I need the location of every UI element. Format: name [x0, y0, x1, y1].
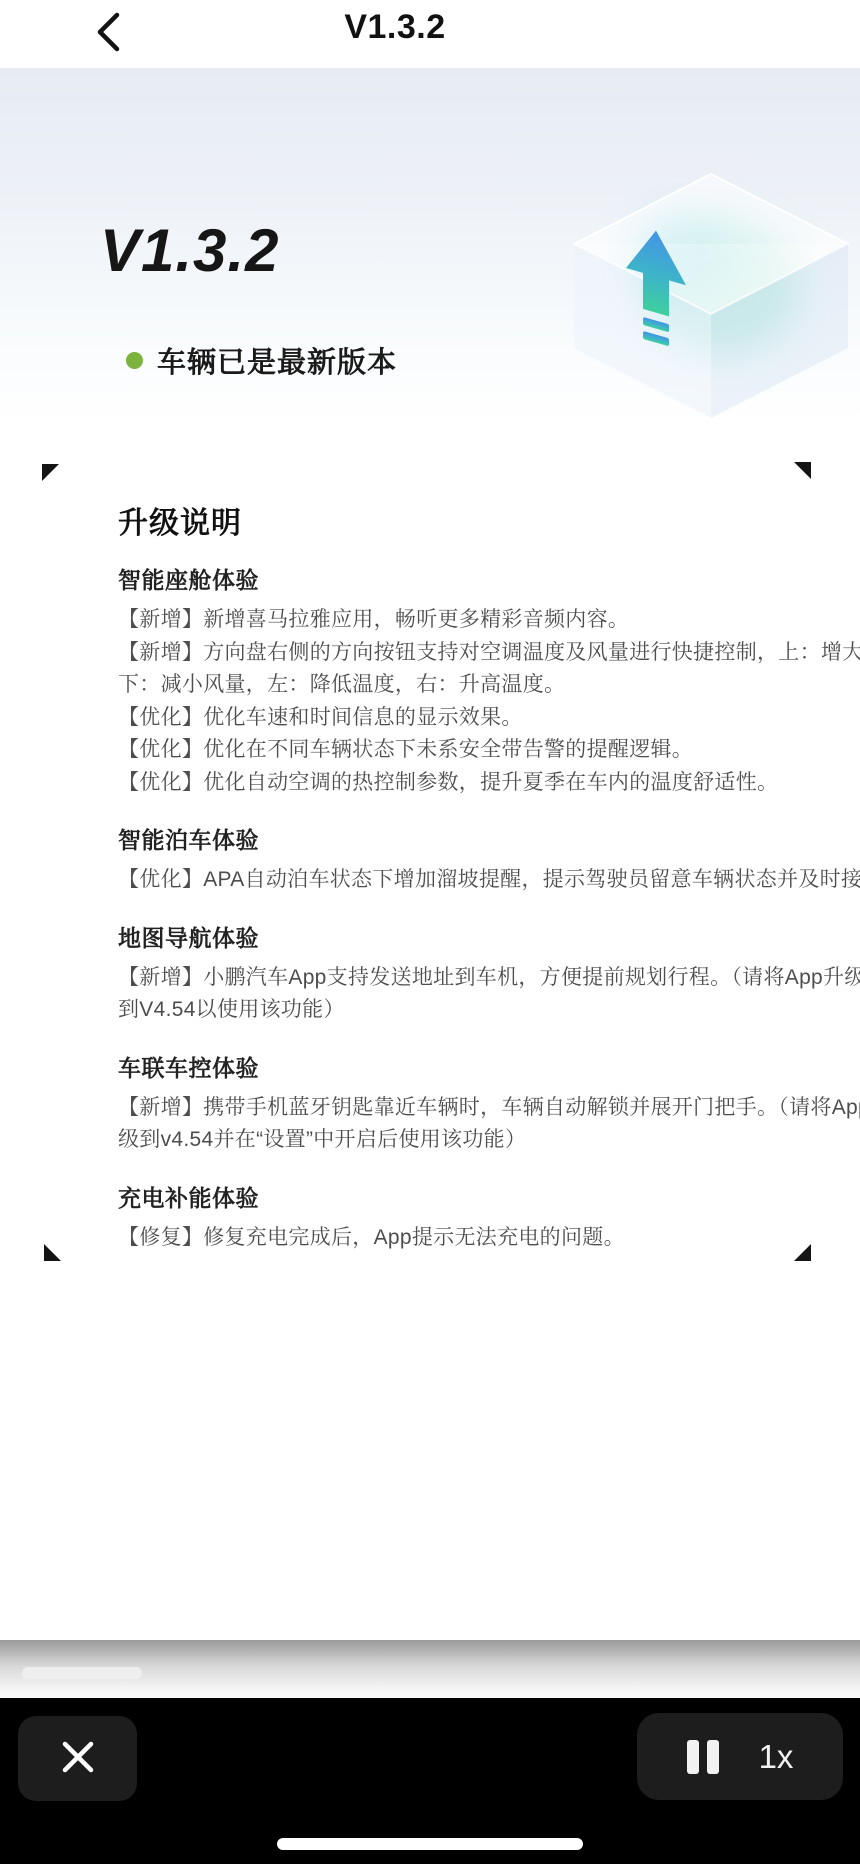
- note-line: 【优化】优化车速和时间信息的显示效果。: [118, 702, 818, 735]
- note-section: 智能泊车体验 【优化】APA自动泊车状态下增加溜坡提醒，提示驾驶员留意车辆状态并…: [118, 823, 818, 897]
- note-line: 【新增】方向盘右侧的方向按钮支持对空调温度及风量进行快捷控制，上：增大风量，: [118, 637, 818, 670]
- release-notes-sections: 智能座舱体验 【新增】新增喜马拉雅应用，畅听更多精彩音频内容。【新增】方向盘右侧…: [118, 563, 818, 1254]
- section-lines: 【修复】修复充电完成后，App提示无法充电的问题。: [118, 1222, 818, 1255]
- note-line: 【修复】修复充电完成后，App提示无法充电的问题。: [118, 1222, 818, 1255]
- note-line: 【优化】优化自动空调的热控制参数，提升夏季在车内的温度舒适性。: [118, 767, 818, 800]
- version-number: V1.3.2: [100, 216, 279, 285]
- section-lines: 【优化】APA自动泊车状态下增加溜坡提醒，提示驾驶员留意车辆状态并及时接管车辆。: [118, 864, 818, 897]
- note-line: 【优化】优化在不同车辆状态下未系安全带告警的提醒逻辑。: [118, 734, 818, 767]
- note-line: 【新增】新增喜马拉雅应用，畅听更多精彩音频内容。: [118, 604, 818, 637]
- screen-recording-frame: V1.3.2 V1.3.2 车辆已是最新版本: [0, 0, 860, 1864]
- bottom-fade-strip: [0, 1640, 860, 1698]
- section-heading: 车联车控体验: [118, 1051, 818, 1085]
- note-line: 到V4.54以使用该功能）: [118, 994, 818, 1027]
- section-lines: 【新增】小鹏汽车App支持发送地址到车机，方便提前规划行程。（请将App升级到到…: [118, 962, 818, 1027]
- release-notes: 升级说明 智能座舱体验 【新增】新增喜马拉雅应用，畅听更多精彩音频内容。【新增】…: [118, 503, 818, 1254]
- close-icon: [59, 1738, 97, 1779]
- note-line: 下：减小风量，左：降低温度，右：升高温度。: [118, 669, 818, 702]
- corner-marker-top-right-icon: [794, 462, 811, 479]
- section-heading: 智能泊车体验: [118, 823, 818, 857]
- section-heading: 充电补能体验: [118, 1181, 818, 1215]
- ota-update-cube-icon: [562, 168, 860, 426]
- note-section: 地图导航体验 【新增】小鹏汽车App支持发送地址到车机，方便提前规划行程。（请将…: [118, 921, 818, 1027]
- status-row: 车辆已是最新版本: [126, 340, 397, 381]
- note-line: 【优化】APA自动泊车状态下增加溜坡提醒，提示驾驶员留意车辆状态并及时接管车辆。: [118, 864, 818, 897]
- note-section: 车联车控体验 【新增】携带手机蓝牙钥匙靠近车辆时，车辆自动解锁并展开门把手。（请…: [118, 1051, 818, 1157]
- player-control-bar: 1x: [0, 1698, 860, 1864]
- status-dot-icon: [126, 352, 143, 369]
- close-button[interactable]: [18, 1716, 137, 1801]
- section-heading: 地图导航体验: [118, 921, 818, 955]
- section-heading: 智能座舱体验: [118, 563, 818, 597]
- note-line: 【新增】携带手机蓝牙钥匙靠近车辆时，车辆自动解锁并展开门把手。（请将App升: [118, 1092, 818, 1125]
- corner-marker-top-left-icon: [42, 464, 59, 481]
- version-hero-banner: V1.3.2 车辆已是最新版本: [0, 68, 860, 423]
- note-line: 级到v4.54并在“设置”中开启后使用该功能）: [118, 1124, 818, 1157]
- home-indicator[interactable]: [277, 1838, 583, 1850]
- playback-speed-button[interactable]: 1x: [637, 1713, 843, 1800]
- note-section: 充电补能体验 【修复】修复充电完成后，App提示无法充电的问题。: [118, 1181, 818, 1255]
- page-title: V1.3.2: [0, 8, 790, 47]
- note-line: 【新增】小鹏汽车App支持发送地址到车机，方便提前规划行程。（请将App升级到: [118, 962, 818, 995]
- section-lines: 【新增】携带手机蓝牙钥匙靠近车辆时，车辆自动解锁并展开门把手。（请将App升级到…: [118, 1092, 818, 1157]
- app-header: V1.3.2: [0, 0, 860, 68]
- speed-label: 1x: [759, 1738, 794, 1776]
- release-notes-title: 升级说明: [118, 503, 818, 545]
- scrollbar-remnant: [22, 1667, 142, 1679]
- section-lines: 【新增】新增喜马拉雅应用，畅听更多精彩音频内容。【新增】方向盘右侧的方向按钮支持…: [118, 604, 818, 799]
- note-section: 智能座舱体验 【新增】新增喜马拉雅应用，畅听更多精彩音频内容。【新增】方向盘右侧…: [118, 563, 818, 799]
- pause-icon[interactable]: [687, 1740, 719, 1774]
- corner-marker-bottom-left-icon: [44, 1244, 61, 1261]
- status-text: 车辆已是最新版本: [157, 340, 397, 381]
